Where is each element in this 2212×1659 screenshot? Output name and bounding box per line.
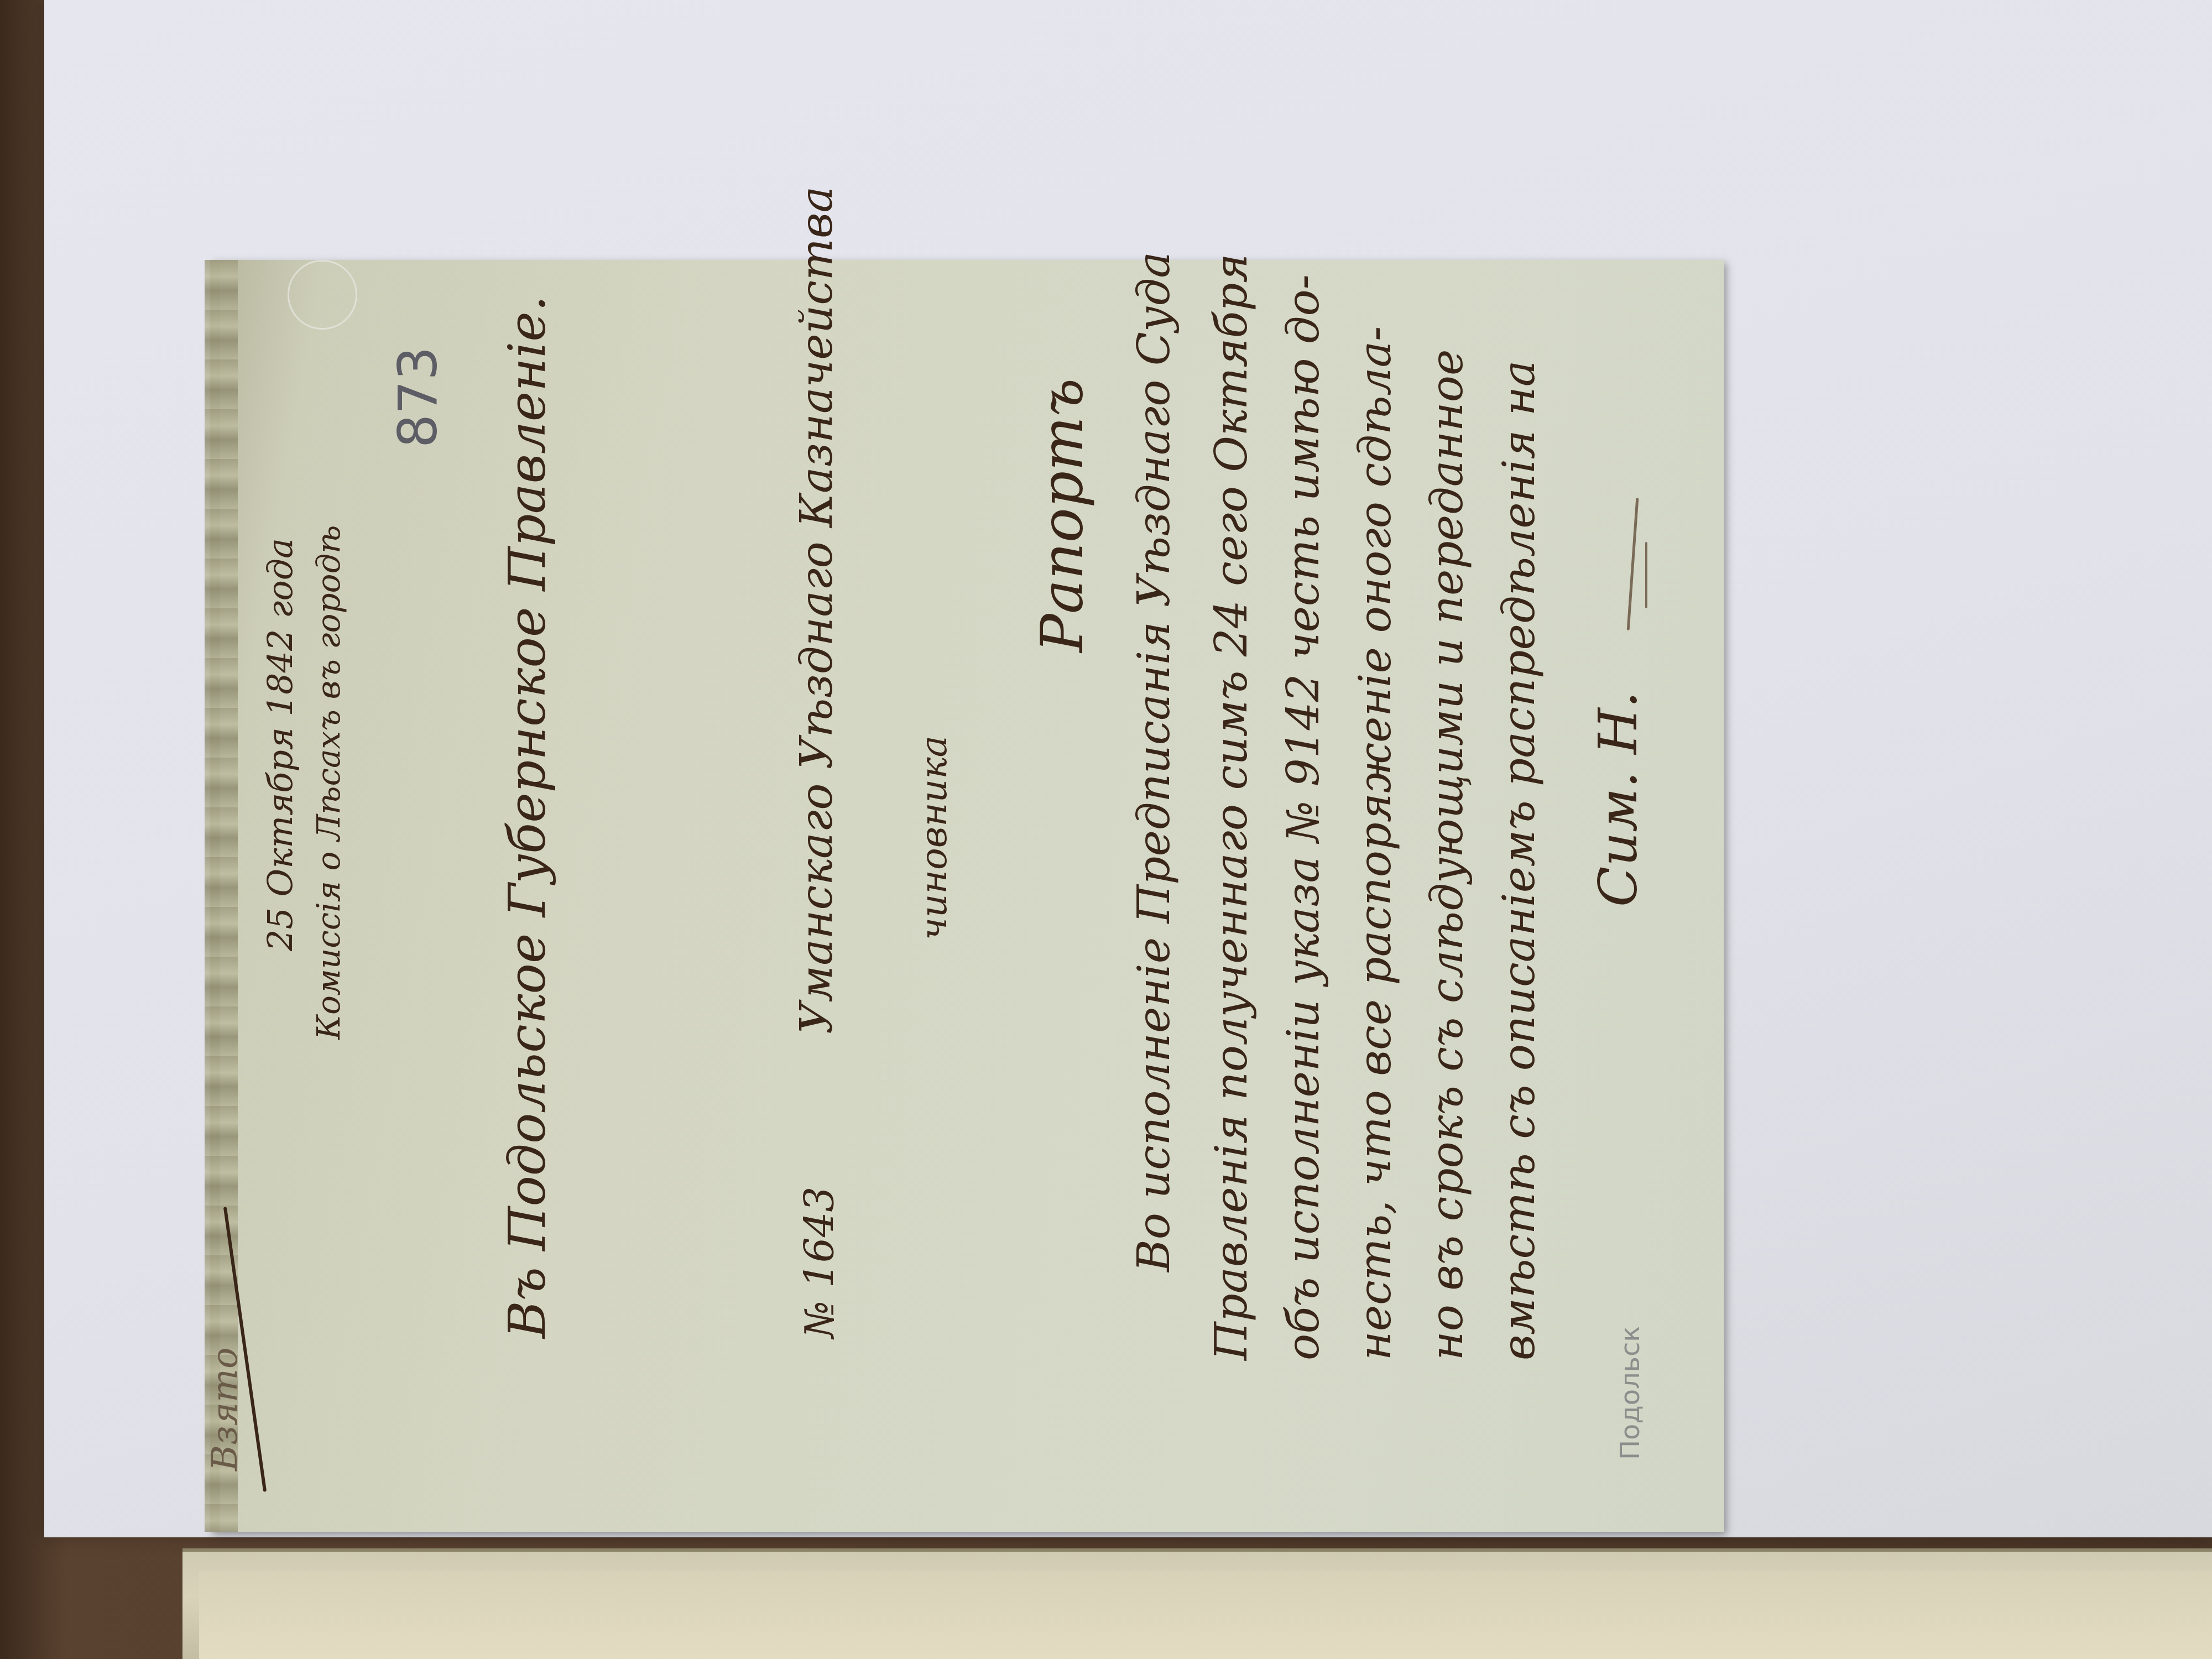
embossed-seal-icon	[288, 260, 357, 330]
header-date-line-2: Комиссія о Лѣсахъ въ городѣ	[310, 525, 347, 1040]
document-number: № 1643	[796, 1187, 843, 1338]
folio-number: 873	[387, 347, 449, 448]
body-line-3: объ исполненіи указа № 9142 честь имѣю д…	[1277, 274, 1329, 1360]
body-line-1: Во исполненіе Предписанія Уѣзднаго Суда	[1128, 252, 1180, 1272]
closing-dash-stroke-2	[1645, 542, 1647, 608]
sender-line-continuation: чиновника	[912, 735, 955, 940]
header-date-line-1: 25 Октября 1842 года	[260, 538, 300, 951]
closing-signature: Сим. Н.	[1587, 691, 1649, 907]
body-line-6: вмѣстѣ съ описаніемъ распредѣленія на	[1493, 360, 1545, 1360]
archive-folder-inner-page	[199, 1571, 2212, 1659]
photo-scene: 25 Октября 1842 года Комиссія о Лѣсахъ в…	[0, 0, 2212, 1659]
margin-mark-left: Взято	[205, 1347, 246, 1471]
body-line-5: но въ срокъ съ слѣдующими и переданное	[1421, 349, 1473, 1360]
sender-line: Уманскаго Уѣзднаго Казначейства	[791, 186, 842, 1034]
body-line-4: несть, что все распоряженіе оного сдѣла-	[1349, 326, 1401, 1360]
salutation: Рапортъ	[1029, 378, 1096, 653]
addressee: Въ Подольское Губернское Правленіе.	[498, 295, 557, 1338]
margin-mark-right-pencil: Подольск	[1615, 1326, 1646, 1460]
torn-binding-edge	[205, 260, 238, 1532]
body-line-2: Правленія полученнаго симъ 24 сего Октяб…	[1206, 254, 1257, 1360]
